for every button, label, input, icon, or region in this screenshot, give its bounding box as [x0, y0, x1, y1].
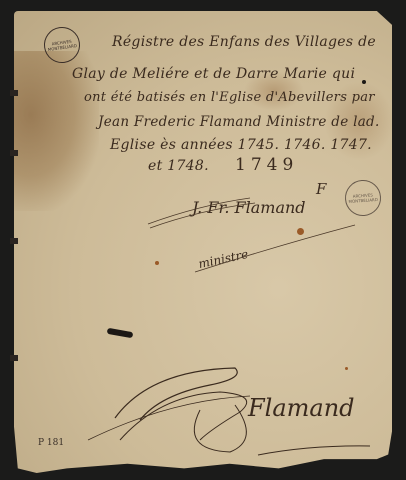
ink-spot: [345, 367, 348, 370]
pen-flourishes: [0, 0, 406, 480]
page-number: P 181: [38, 438, 64, 448]
ink-spot: [362, 80, 366, 84]
ink-spot: [297, 228, 304, 235]
ink-spot: [155, 261, 159, 265]
